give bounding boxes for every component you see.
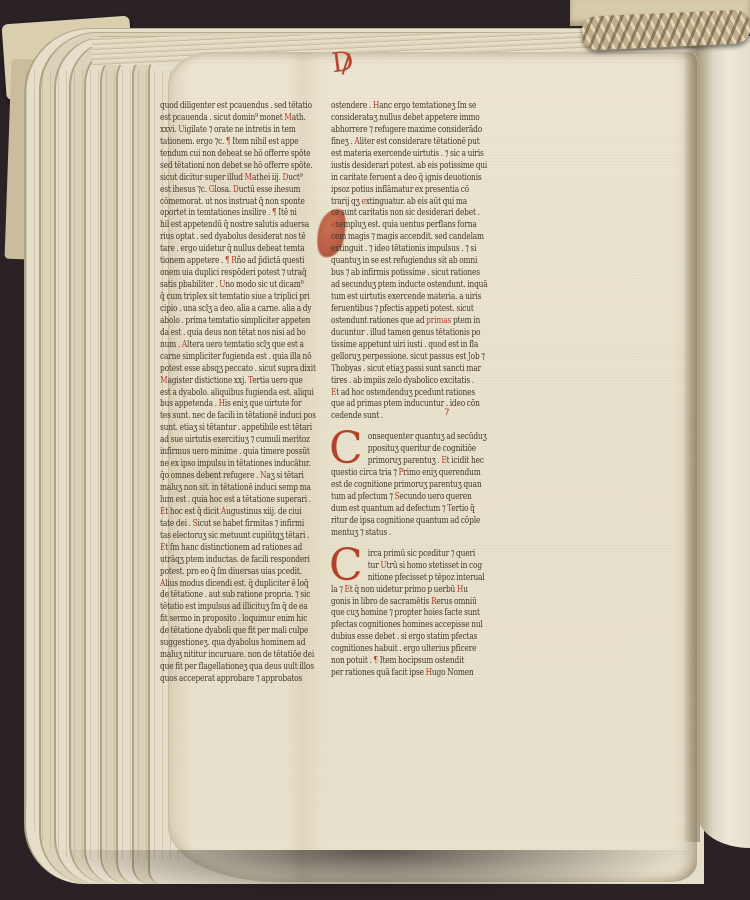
text-line: considerataʒ nullus debet appetere immo <box>331 112 469 124</box>
text-segment: Item nihil est appe <box>232 136 298 147</box>
text-segment: de tētatione . aut sub ratione propria. … <box>160 589 310 600</box>
text-segment: q̄ cum triplex sit temtatio siue a tripl… <box>160 291 310 302</box>
text-line: quod diligenter est pcauendus . sed tēta… <box>160 100 298 112</box>
text-segment: ad secunduʒ ptem inducte ostendunt. inqu… <box>331 279 488 290</box>
text-segment: ño ad p̄dictā questi <box>237 255 305 266</box>
text-segment: dubius esse debet . si ergo statim pfect… <box>331 631 477 642</box>
text-line: ducuntur . illud tamen genus tētationis … <box>331 327 469 339</box>
text-segment: ne ex ipso impulsu in tētationes inducāt… <box>160 458 311 469</box>
text-segment: cipio . una sclʒ a deo. alia a carne. al… <box>160 303 311 314</box>
text-segment: pposituʒ queritur de cognitiōe <box>368 443 476 454</box>
text-segment: agister distictione xxj. <box>167 375 248 386</box>
text-line: tires . ab impiis zelo dyabolico excitat… <box>331 375 469 387</box>
text-line: tionem appetere . ¶ Rño ad p̄dictā quest… <box>160 255 298 267</box>
text-segment: t q̄ non uidetur primo p uerbū <box>350 584 457 595</box>
text-segment: losa. <box>214 184 232 195</box>
text-segment: is eniʒ que uirtute for <box>225 398 301 409</box>
text-segment: quos acceperat approbare ⁊ approbatos <box>160 673 302 684</box>
text-line: fit sermo in proposito . loquimur enim h… <box>160 613 298 625</box>
text-segment: maluʒ nititur incuruare. non de tētatiōe… <box>160 649 314 660</box>
text-line: q̄o omnes debent refugere . Naʒ si tētar… <box>160 470 298 482</box>
text-line: ostendunt rationes que ad primas ptem in <box>331 315 469 327</box>
text-segment: ertio q̄ <box>451 503 474 514</box>
text-line: num . Altera uero temtatio sclʒ que est … <box>160 339 298 351</box>
text-line: bus appetenda . His eniʒ que uirtute for <box>160 398 298 410</box>
text-line: Et hoc est q̄ dicit Augustinus xiij. de … <box>160 506 298 518</box>
rubricated-text: M <box>284 112 291 123</box>
text-line: de tētatione dyaboli que fit per mali cu… <box>160 625 298 637</box>
text-line: carne simpliciter fugienda est . quia il… <box>160 351 298 363</box>
text-line: Thobyas . sicut etiaʒ passi sunt sancti … <box>331 363 469 375</box>
braided-endband <box>581 9 750 50</box>
text-segment: primoruʒ parentuʒ . <box>368 455 442 466</box>
text-line: ad sue uirtutis exercitiuʒ ⁊ cumuli meri… <box>160 434 298 446</box>
text-line: ostendere . Hanc ergo temtationeʒ ſm se <box>331 100 469 112</box>
text-segment: per rationes quā facit ipse <box>331 667 426 678</box>
text-line: la ⁊ Et q̄ non uidetur primo p uerbū Hu <box>331 584 469 596</box>
text-line: que fit per flagellationeʒ qua deus uult… <box>160 661 298 673</box>
text-segment: tas electoruʒ sic metuunt cupiūtqʒ tētar… <box>160 530 309 541</box>
text-segment: bus ⁊ ab infirmis potissime . sicut rati… <box>331 267 480 278</box>
text-line: lum est . quia hoc est a tētatione super… <box>160 494 298 506</box>
text-line: tate dei . Sicut se habet firmitas ⁊ inf… <box>160 518 298 530</box>
text-line: ce sunt caritatis non sic desiderari deb… <box>331 207 469 219</box>
text-segment: cognitiones habuit . ergo ulterius pfice… <box>331 643 476 654</box>
text-segment: quod diligenter est pcauendus . sed tēta… <box>160 100 312 111</box>
text-segment: abhorrere ⁊ refugere maxime considerādo <box>331 124 482 135</box>
text-segment: mentuʒ ⁊ status . <box>331 527 391 538</box>
text-segment: aʒ si tētari <box>266 470 303 481</box>
text-segment: tionem appetere . <box>160 255 225 266</box>
text-segment: liter est considerare tētationē put <box>360 136 480 147</box>
text-line: que ad primas ptem inducuntur . ideo cōn <box>331 398 469 410</box>
text-line: pposituʒ queritur de cognitiōe <box>331 443 469 455</box>
text-segment: ath. <box>292 112 306 123</box>
text-line: tētatio est impulsus ad illicituʒ ſm q̄ … <box>160 601 298 613</box>
text-line: abhorrere ⁊ refugere maxime considerādo <box>331 124 469 136</box>
text-segment: cōmemorat. ut nos instruat q̄ non sponte <box>160 196 305 207</box>
text-segment: lum est . quia hoc est a tētatione super… <box>160 494 311 505</box>
text-line: mentuʒ ⁊ status . <box>331 527 469 539</box>
text-column-right: ostendere . Hanc ergo temtationeʒ ſm sec… <box>331 100 503 679</box>
text-segment: rimo eniʒ querendum <box>403 467 480 478</box>
text-line: per rationes quā facit ipse Hugo Nomen <box>331 667 469 679</box>
text-segment: tare . ergo uidetur q̄ nullus debeat tem… <box>160 243 305 254</box>
text-line: xxvi. Uigilate ⁊ orate ne intretis in te… <box>160 124 298 136</box>
text-block: Consequenter quantuʒ ad secūduʒpposituʒ … <box>331 431 503 538</box>
text-line: abolo . prima temtatio simpliciter appet… <box>160 315 298 327</box>
text-line: da est . quia deus non tētat nos nisi ad… <box>160 327 298 339</box>
text-segment: la ⁊ <box>331 584 344 595</box>
text-line: cedende sunt . <box>331 410 469 422</box>
text-segment: trū si homo stetisset in cog <box>387 560 482 571</box>
text-segment: t ſm hanc distinctionem ad rationes ad <box>165 542 302 553</box>
text-line: est materia exercende uirtutis . ⁊ sic a… <box>331 148 469 160</box>
text-segment: tur <box>368 560 381 571</box>
text-line: questio circa tria ⁊ Primo eniʒ querendu… <box>331 467 469 479</box>
text-line: tationem. ergo ⁊c. ¶ Item nihil est appe <box>160 136 298 148</box>
text-line: Alius modus dicendi est. q̄ dupliciter ē… <box>160 578 298 590</box>
text-line: feruentibus ⁊ pfectis appeti potest. sic… <box>331 303 469 315</box>
text-line: suggestioneʒ. qua dyabolus hominem ad <box>160 637 298 649</box>
text-segment: tissime appetunt uiri iusti . quod est i… <box>331 339 478 350</box>
headline-letter: D <box>332 48 372 84</box>
text-line: extinguit . ⁊ ideo tētationis impulsus .… <box>331 243 469 255</box>
text-line: gelloruʒ perpessione. sicut passus est J… <box>331 351 469 363</box>
text-segment: t ad hoc ostendenduʒ pcedunt rationes <box>336 387 475 398</box>
text-segment: ptem in <box>451 315 480 326</box>
text-segment: q̄o omnes debent refugere . <box>160 470 260 481</box>
text-segment: fineʒ . <box>331 136 354 147</box>
text-segment: rius optat . sed dyabolus desiderat nos … <box>160 231 306 242</box>
text-segment: xtinguatur. ab eis aūt qui ma <box>366 196 467 207</box>
text-segment: ducuntur . illud tamen genus tētationis … <box>331 327 480 338</box>
text-segment: da est . quia deus non tētat nos nisi ad… <box>160 327 306 338</box>
text-segment: potest. pro eo q̄ ſm diuersas uias pcedi… <box>160 566 302 577</box>
text-segment: tētatio est impulsus ad illicituʒ ſm q̄ … <box>160 601 307 612</box>
text-segment: extinguit . ⁊ ideo tētationis impulsus .… <box>331 243 476 254</box>
text-segment: iustis desiderari potest. ab eis potissi… <box>331 160 487 171</box>
text-segment: tum ad pfectum ⁊ <box>331 491 394 502</box>
text-segment: Itē ni <box>278 207 296 218</box>
text-segment: tes sunt. nec de facili in tētationē ind… <box>160 410 316 421</box>
text-segment: hil est appetendū q̄ nostre salutis adue… <box>160 219 309 230</box>
text-line: dum est quantum ad defectum ⁊ Tertio q̄ <box>331 503 469 515</box>
text-segment: sunt. etiaʒ si tētantur . appetibile est… <box>160 422 312 433</box>
text-line: quantuʒ in se est refugiendus sit ab omn… <box>331 255 469 267</box>
text-line: maluʒ nititur incuruare. non de tētatiōe… <box>160 649 298 661</box>
text-segment: que fit per flagellationeʒ qua deus uult… <box>160 661 314 672</box>
text-segment: ostendere . <box>331 100 373 111</box>
text-segment: est de cognitione primoruʒ parentuʒ quan <box>331 479 481 490</box>
text-segment: ce sunt caritatis non sic desiderari deb… <box>331 207 480 218</box>
text-segment: que cuʒ homine ⁊ propter hoies facte sun… <box>331 607 480 618</box>
text-line: q̄ cum triplex sit temtatio siue a tripl… <box>160 291 298 303</box>
text-line: est pcauenda . sicut domin⁹ monet Math. <box>160 112 298 124</box>
text-line: est a dyabolo. aliquibus fugienda est. a… <box>160 387 298 399</box>
text-line: exempluʒ est. quia uentus perflans forna <box>331 219 469 231</box>
text-line: hil est appetendū q̄ nostre salutis adue… <box>160 219 298 231</box>
text-line: primoruʒ parentuʒ . Et icidit hec <box>331 455 469 467</box>
text-segment: potest esse absqʒ peccato . sicut supra … <box>160 363 316 374</box>
text-segment: lius modus dicendi est. q̄ dupliciter ē … <box>165 578 308 589</box>
text-line: trarij qʒ extinguatur. ab eis aūt qui ma <box>331 196 469 208</box>
facing-page-edge <box>698 36 750 848</box>
text-line: ipsoz potius inflāmatur ex presentia cō <box>331 184 469 196</box>
text-segment: uctū esse ihesum <box>239 184 301 195</box>
text-line: tum est uirtutis exercende materia. a ui… <box>331 291 469 303</box>
rubricated-text: M <box>245 172 252 183</box>
text-segment: icut se habet firmitas ⁊ infirmi <box>198 518 305 529</box>
text-line: cem magis ⁊ magis accendit. sed candelam <box>331 231 469 243</box>
text-line: non potuit . ¶ Item hocipsum ostendit <box>331 655 469 667</box>
text-line: fineʒ . Aliter est considerare tētationē… <box>331 136 469 148</box>
text-segment: utrāqʒ ptem inductas. de facili responde… <box>160 554 310 565</box>
text-line: sunt. etiaʒ si tētantur . appetibile est… <box>160 422 298 434</box>
text-line: quos acceperat approbare ⁊ approbatos <box>160 673 298 685</box>
text-line: tes sunt. nec de facili in tētationē ind… <box>160 410 298 422</box>
text-segment: infirmus uero minime . quia timere possū… <box>160 446 310 457</box>
text-segment: est materia exercende uirtutis . ⁊ sic a… <box>331 148 484 159</box>
text-segment: anc ergo temtationeʒ ſm se <box>379 100 476 111</box>
text-line: iustis desiderari potest. ab eis potissi… <box>331 160 469 172</box>
text-segment: t hoc est q̄ dicit <box>165 506 221 517</box>
text-line: tendum cui non debeat se hō offerre spōt… <box>160 148 298 160</box>
text-segment: in caritate feruent a deo q̄ ignis deuot… <box>331 172 482 183</box>
text-segment: onem uia duplici respōderi potest ⁊ utra… <box>160 267 306 278</box>
text-line: sicut dicitur super illud Mathei iij. Du… <box>160 172 298 184</box>
text-line: infirmus uero minime . quia timere possū… <box>160 446 298 458</box>
text-line: cipio . una sclʒ a deo. alia a carne. al… <box>160 303 298 315</box>
text-line: de tētatione . aut sub ratione propria. … <box>160 589 298 601</box>
text-segment: maluʒ non sit. in tētationē induci semp … <box>160 482 311 493</box>
text-line: maluʒ non sit. in tētationē induci semp … <box>160 482 298 494</box>
text-segment: sed tētationi non debet se hō offerre sp… <box>160 160 313 171</box>
text-line: dubius esse debet . si ergo statim pfect… <box>331 631 469 643</box>
text-line: tare . ergo uidetur q̄ nullus debeat tem… <box>160 243 298 255</box>
text-line: pfectas cognitiones homines accepisse nu… <box>331 619 469 631</box>
text-segment: considerataʒ nullus debet appetere immo <box>331 112 480 123</box>
text-line: que cuʒ homine ⁊ propter hoies facte sun… <box>331 607 469 619</box>
rubricated-text: ¶ R <box>225 255 237 266</box>
text-line: utrāqʒ ptem inductas. de facili responde… <box>160 554 298 566</box>
text-line: ad secunduʒ ptem inducte ostendunt. inqu… <box>331 279 469 291</box>
text-segment: fit sermo in proposito . loquimur enim h… <box>160 613 307 624</box>
text-segment: quantuʒ in se est refugiendus sit ab omn… <box>331 255 477 266</box>
text-segment: abolo . prima temtatio simpliciter appet… <box>160 315 310 326</box>
text-segment: carne simpliciter fugienda est . quia il… <box>160 351 311 362</box>
text-line: oportet in temtationes insilire . ¶ Itē … <box>160 207 298 219</box>
book-bottom-shadow <box>60 850 690 900</box>
text-segment: gonis in libro de sacramētis <box>331 596 431 607</box>
text-segment: ugo Nomen <box>432 667 474 678</box>
text-segment: ertia uero que <box>252 375 302 386</box>
text-line: potest esse absqʒ peccato . sicut supra … <box>160 363 298 375</box>
text-segment: ugustinus xiij. de ciui <box>226 506 301 517</box>
text-segment: ob ⁊ <box>471 351 485 362</box>
text-segment: xxvi. <box>160 124 178 135</box>
text-line: tas electoruʒ sic metuunt cupiūtqʒ tētar… <box>160 530 298 542</box>
text-segment: athei iij. <box>252 172 282 183</box>
text-line: in caritate feruent a deo q̄ ignis deuot… <box>331 172 469 184</box>
text-line: tissime appetunt uiri iusti . quod est i… <box>331 339 469 351</box>
text-segment: tum est uirtutis exercende materia. a ui… <box>331 291 481 302</box>
text-line: tum ad pfectum ⁊ Secundo uero queren <box>331 491 469 503</box>
text-line: sed tētationi non debet se hō offerre sp… <box>160 160 298 172</box>
text-line: tur Utrū si homo stetisset in cog <box>331 560 469 572</box>
text-segment: cem magis ⁊ magis accendit. sed candelam <box>331 231 484 242</box>
text-line: onsequenter quantuʒ ad secūduʒ <box>331 431 469 443</box>
text-segment: erus omniū <box>436 596 476 607</box>
text-line: potest. pro eo q̄ ſm diuersas uias pcedi… <box>160 566 298 578</box>
text-segment: tendum cui non debeat se hō offerre spōt… <box>160 148 310 159</box>
text-segment: hobyas . sicut etiaʒ passi sunt sancti m… <box>336 363 481 374</box>
text-segment: satis pbabiliter . <box>160 279 219 290</box>
text-line: satis pbabiliter . Uno modo sic ut dicam… <box>160 279 298 291</box>
photograph-of-open-incunabulum: { "colors": { "background": "#2b2226", "… <box>0 0 750 900</box>
text-line: nitione pfecisset p tēpoz interual <box>331 572 469 584</box>
text-segment: trarij qʒ <box>331 196 361 207</box>
text-line: cognitiones habuit . ergo ulterius pfice… <box>331 643 469 655</box>
text-segment: oportet in temtationes insilire . <box>160 207 272 218</box>
text-line: onem uia duplici respōderi potest ⁊ utra… <box>160 267 298 279</box>
text-line: est de cognitione primoruʒ parentuʒ quan <box>331 479 469 491</box>
text-line: Magister distictione xxj. Tertia uero qu… <box>160 375 298 387</box>
text-segment: de tētatione dyaboli que fit per mali cu… <box>160 625 308 636</box>
text-segment: pfectas cognitiones homines accepisse nu… <box>331 619 483 630</box>
text-line: irca primū sic pceditur ⁊ queri <box>331 548 469 560</box>
text-column-left: quod diligenter est pcauendus . sed tēta… <box>160 100 332 685</box>
text-segment: gelloruʒ perpessione. sicut passus est <box>331 351 468 362</box>
text-segment: tires . ab impiis zelo dyabolico excitat… <box>331 375 474 386</box>
text-segment: non potuit . <box>331 655 373 666</box>
text-segment: ritur de ipsa cognitione quantum ad cōpl… <box>331 515 480 526</box>
text-segment: ecundo uero queren <box>399 491 471 502</box>
text-segment: bus appetenda . <box>160 398 219 409</box>
text-segment: igilate ⁊ orate ne intretis in tem <box>184 124 295 135</box>
text-segment: questio circa tria ⁊ <box>331 467 399 478</box>
text-segment: est ihesus ⁊c. <box>160 184 209 195</box>
rubricated-text: primas <box>426 315 451 326</box>
text-segment: nitione pfecisset p tēpoz interual <box>368 572 485 583</box>
text-segment: est a dyabolo. aliquibus fugienda est. a… <box>160 387 314 398</box>
text-segment: que ad primas ptem inducuntur . ideo cōn <box>331 398 480 409</box>
text-segment: num . <box>160 339 182 350</box>
text-segment: t icidit hec <box>447 455 484 466</box>
text-segment: ad sue uirtutis exercitiuʒ ⁊ cumuli meri… <box>160 434 310 445</box>
text-line: bus ⁊ ab infirmis potissime . sicut rati… <box>331 267 469 279</box>
text-line: Et ſm hanc distinctionem ad rationes ad <box>160 542 298 554</box>
text-segment: suggestioneʒ. qua dyabolus hominem ad <box>160 637 305 648</box>
text-line: ne ex ipso impulsu in tētationes inducāt… <box>160 458 298 470</box>
text-line: cōmemorat. ut nos instruat q̄ non sponte <box>160 196 298 208</box>
text-segment: uct⁹ <box>288 172 302 183</box>
text-segment: feruentibus ⁊ pfectis appeti potest. sic… <box>331 303 474 314</box>
text-segment: cedende sunt . <box>331 410 383 421</box>
text-block: ostendere . Hanc ergo temtationeʒ ſm sec… <box>331 100 503 422</box>
text-line: Et ad hoc ostendenduʒ pcedunt rationes <box>331 387 469 399</box>
text-segment: ltera uero temtatio sclʒ que est a <box>187 339 304 350</box>
text-line: ritur de ipsa cognitione quantum ad cōpl… <box>331 515 469 527</box>
text-line: gonis in libro de sacramētis Rerus omniū <box>331 596 469 608</box>
text-segment: onsequenter quantuʒ ad secūduʒ <box>368 431 487 442</box>
text-line: est ihesus ⁊c. Glosa. Ductū esse ihesum <box>160 184 298 196</box>
text-line: rius optat . sed dyabolus desiderat nos … <box>160 231 298 243</box>
text-segment: dum est quantum ad defectum ⁊ <box>331 503 447 514</box>
text-segment: ostendunt rationes que ad <box>331 315 426 326</box>
text-segment: Item hocipsum ostendit <box>380 655 464 666</box>
text-segment: est pcauenda . sicut domin⁹ monet <box>160 112 284 123</box>
text-segment: tationem. ergo ⁊c. <box>160 136 226 147</box>
text-segment: no modo sic ut dicam⁹ <box>225 279 303 290</box>
text-block: Circa primū sic pceditur ⁊ queritur Utrū… <box>331 548 503 679</box>
text-segment: u <box>463 584 468 595</box>
text-segment: ipsoz potius inflāmatur ex presentia cō <box>331 184 469 195</box>
text-segment: irca primū sic pceditur ⁊ queri <box>368 548 475 559</box>
text-segment: xempluʒ est. quia uentus perflans forna <box>335 219 476 230</box>
text-segment: sicut dicitur super illud <box>160 172 245 183</box>
text-segment: tate dei . <box>160 518 193 529</box>
